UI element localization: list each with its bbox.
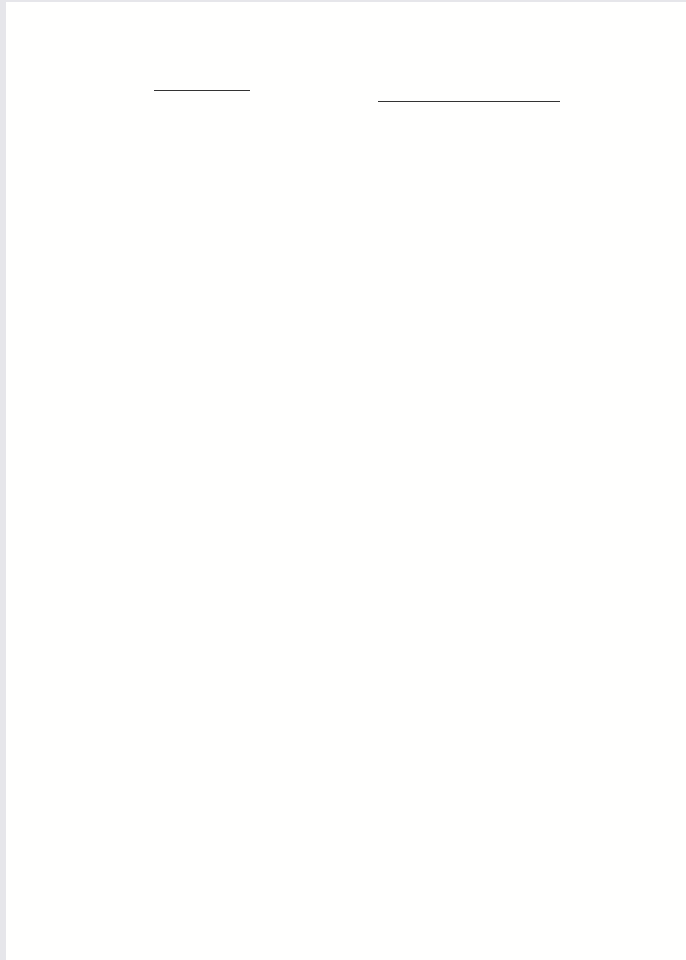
- paragraph-line: [101, 560, 627, 581]
- paragraph-line: [101, 388, 627, 409]
- paragraph-line: [101, 367, 627, 388]
- body-paragraph: [101, 367, 627, 581]
- body-paragraph: [101, 582, 627, 625]
- paragraph-line: [101, 538, 627, 559]
- paragraph-line: [101, 495, 627, 516]
- paragraph-line: [101, 281, 627, 302]
- paragraph-line: [101, 260, 627, 281]
- paragraph-line: [101, 324, 627, 345]
- paragraph-line: [101, 603, 627, 624]
- document-number: [128, 113, 143, 130]
- motto-underline: [378, 101, 560, 102]
- paragraph-line: [101, 517, 627, 538]
- paragraph-line: [101, 303, 627, 324]
- paragraph-line: [101, 582, 627, 603]
- paragraph-line: [101, 474, 627, 495]
- addressee: [202, 219, 212, 237]
- paragraph-line: [101, 431, 627, 452]
- paragraph-line: [101, 453, 627, 474]
- paragraph-line: [101, 410, 627, 431]
- body-paragraph: [101, 260, 627, 367]
- paragraph-line: [101, 346, 627, 367]
- document-page: [6, 2, 686, 960]
- organization-underline: [154, 90, 250, 91]
